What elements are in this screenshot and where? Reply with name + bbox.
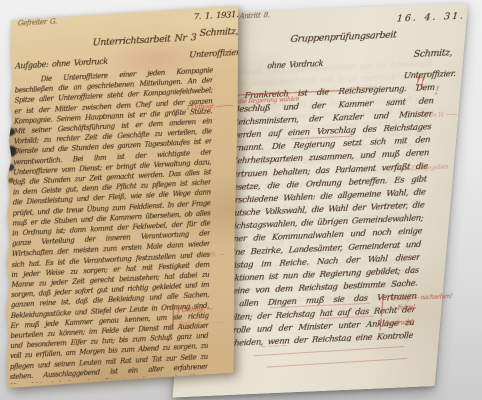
grade-date: 16. 4. 31. — [396, 11, 465, 25]
subject-line: Aufgabe: ohne Vordruck — [15, 57, 108, 71]
red-margin-note: ⁓⁓ s. Z. abgegeben — [391, 163, 448, 173]
left-document: Gefreiter G. 7. 1. 1931. Schmitz, Untero… — [4, 6, 240, 388]
left-document-paper: Gefreiter G. 7. 1. 1931. Schmitz, Untero… — [4, 6, 240, 388]
red-exclamation: ! — [434, 84, 440, 98]
photo-of-two-handwritten-documents: Frankreich ist die Reichsregierung. Dem … — [0, 0, 482, 400]
document-date: 7. 1. 1931. — [194, 10, 239, 22]
red-scribble: ⁓ ⁓⁓ ⁓ — [260, 342, 287, 350]
red-margin-note: Folge! — [397, 304, 415, 312]
red-exclamation: !! — [415, 74, 426, 88]
corner-scribble: Antritt 8. — [239, 11, 270, 20]
red-comment-line — [267, 358, 407, 368]
red-margin-note: Ausdruck! — [384, 319, 413, 327]
document-title: Gruppenprüfungsarbeit — [263, 28, 424, 46]
red-scribble: ﹏﹏﹏﹏﹏ — [188, 112, 217, 123]
red-orthography-note: 1 Orthogr. ——— — [186, 102, 233, 111]
essay-body: Die Unteroffiziere einer jeden Kompagnie… — [10, 65, 213, 384]
signature-name: Schmitz, — [413, 47, 453, 60]
red-margin-note: 1 im W. ⁓⁓ — [424, 111, 458, 119]
red-margin-note: 1 im Obj. — nachsehen! — [386, 293, 453, 303]
signature-rank: Unteroffizier. — [189, 48, 241, 61]
document-title: Unterrichtsarbeit Nr 3 — [64, 31, 224, 50]
corner-scribble: Gefreiter G. — [18, 18, 57, 28]
signature-rank: Unteroffizier. — [403, 69, 456, 81]
red-orthography-note: Orthogr. ⸺⸺ — [178, 317, 223, 328]
red-plus-mark: + — [199, 84, 204, 91]
red-orthography-note: — Orth. — — [196, 251, 225, 260]
